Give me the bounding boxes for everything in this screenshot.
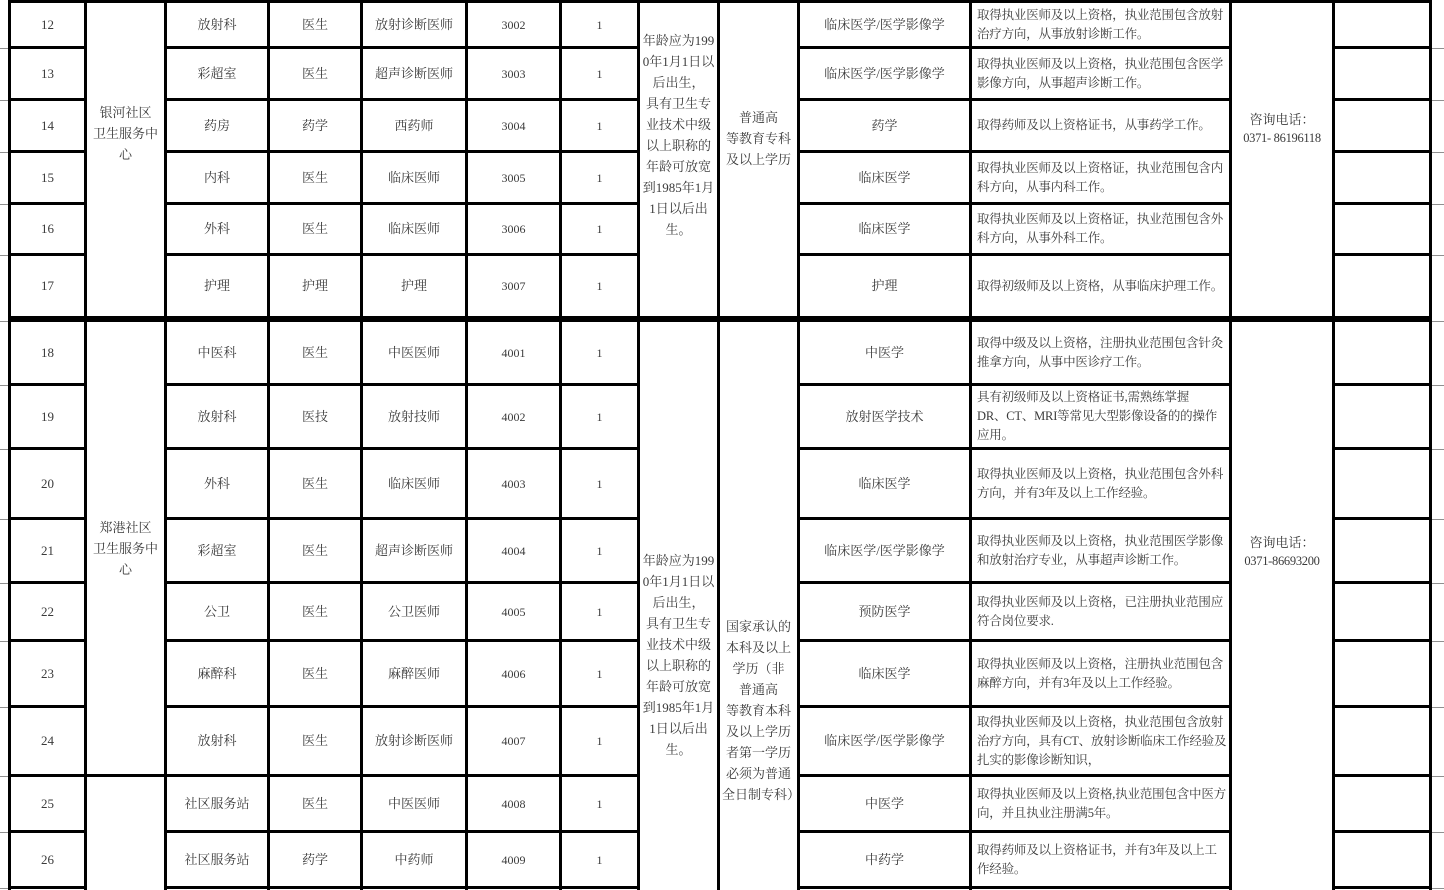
major-cell: 中医学 <box>800 322 972 386</box>
code-cell: 3003 <box>468 49 562 101</box>
gridline-stub-right <box>1432 450 1444 520</box>
phone-cell: 咨询电话： 0371-86693200 <box>1232 322 1335 890</box>
gridline-stub-left <box>0 49 8 101</box>
department-cell: 药房 <box>167 101 270 153</box>
count-cell: 1 <box>562 708 640 777</box>
count-cell: 1 <box>562 153 640 205</box>
department-cell: 社区服务站 <box>167 777 270 833</box>
count-cell: 1 <box>562 450 640 520</box>
gridline-stub-left <box>0 833 8 889</box>
category-cell: 医生 <box>270 0 363 49</box>
blank-cell <box>1335 708 1432 777</box>
code-cell: 3006 <box>468 205 562 256</box>
count-cell: 1 <box>562 386 640 450</box>
gridline-stub-left <box>0 708 8 777</box>
row-number-cell: 14 <box>8 101 87 153</box>
row-number-cell: 13 <box>8 49 87 101</box>
gridline-stub-left <box>0 584 8 642</box>
blank-cell <box>1335 450 1432 520</box>
position-cell: 麻醉医师 <box>363 642 468 708</box>
department-cell: 中医科 <box>167 322 270 386</box>
blank-cell <box>1335 833 1432 889</box>
major-cell: 中药学 <box>800 833 972 889</box>
category-cell: 护理 <box>270 256 363 322</box>
gridline-stub-left <box>0 101 8 153</box>
blank-cell <box>1335 101 1432 153</box>
count-cell: 1 <box>562 777 640 833</box>
gridline-stub-right <box>1432 256 1444 322</box>
code-cell: 4008 <box>468 777 562 833</box>
phone-number: 0371-86693200 <box>1232 552 1332 571</box>
position-cell: 临床医师 <box>363 205 468 256</box>
gridline-stub-right <box>1432 833 1444 889</box>
count-cell: 1 <box>562 584 640 642</box>
department-cell: 外科 <box>167 450 270 520</box>
gridline-stub-right <box>1432 642 1444 708</box>
count-cell: 1 <box>562 205 640 256</box>
row-number-cell: 12 <box>8 0 87 49</box>
code-cell: 3007 <box>468 256 562 322</box>
qualification-cell: 取得药师及以上资格证书，并有3年及以上工作经验。 <box>972 833 1232 889</box>
table-row-18: 18 郑港社区 卫生服务中心 中医科 医生 中医医师 4001 1 年龄应为19… <box>0 322 1444 386</box>
blank-cell <box>1335 777 1432 833</box>
count-cell: 1 <box>562 322 640 386</box>
row-number-cell: 25 <box>8 777 87 833</box>
category-cell: 医生 <box>270 520 363 584</box>
department-cell: 彩超室 <box>167 49 270 101</box>
qualification-cell: 取得执业医师及以上资格，执业范围包含医学影像方向，从事超声诊断工作。 <box>972 49 1232 101</box>
row-number-cell: 21 <box>8 520 87 584</box>
gridline-stub-right <box>1432 101 1444 153</box>
phone-label: 咨询电话： <box>1232 533 1332 552</box>
recruitment-table: 12 银河社区 卫生服务中心 放射科 医生 放射诊断医师 3002 1 年龄应为… <box>0 0 1444 890</box>
department-cell: 放射科 <box>167 386 270 450</box>
gridline-stub-right <box>1432 0 1444 49</box>
position-cell: 中药师 <box>363 833 468 889</box>
gridline-stub-left <box>0 0 8 49</box>
category-cell: 医技 <box>270 386 363 450</box>
blank-cell <box>1335 642 1432 708</box>
major-cell: 放射医学技术 <box>800 386 972 450</box>
position-cell: 西药师 <box>363 101 468 153</box>
qualification-cell: 取得执业医师及以上资格，执业范围包含放射治疗方向，具有CT、放射诊断临床工作经验… <box>972 708 1232 777</box>
recruitment-table-sheet: 12 银河社区 卫生服务中心 放射科 医生 放射诊断医师 3002 1 年龄应为… <box>0 0 1444 890</box>
qualification-cell: 取得执业医师及以上资格,执业范围包含中医方向，并且执业注册满5年。 <box>972 777 1232 833</box>
blank-cell <box>1335 205 1432 256</box>
position-cell: 护理 <box>363 256 468 322</box>
age-requirement-cell: 年龄应为1990年1月1日以后出生， 具有卫生专业技术中级以上职称的年龄可放宽到… <box>640 0 720 322</box>
code-cell: 4007 <box>468 708 562 777</box>
qualification-cell: 取得药师及以上资格证书，从事药学工作。 <box>972 101 1232 153</box>
gridline-stub-right <box>1432 708 1444 777</box>
education-cell: 普通高 等教育专科及以上学历 <box>720 0 800 322</box>
gridline-stub-left <box>0 450 8 520</box>
blank-cell <box>1335 49 1432 101</box>
department-cell: 公卫 <box>167 584 270 642</box>
department-cell: 外科 <box>167 205 270 256</box>
department-cell: 内科 <box>167 153 270 205</box>
position-cell: 放射诊断医师 <box>363 0 468 49</box>
category-cell: 医生 <box>270 153 363 205</box>
major-cell: 预防医学 <box>800 584 972 642</box>
phone-label: 咨询电话： <box>1232 110 1332 129</box>
category-cell: 医生 <box>270 708 363 777</box>
row-number-cell: 22 <box>8 584 87 642</box>
qualification-cell: 取得执业医师及以上资格，执业范围医学影像和放射治疗专业，从事超声诊断工作。 <box>972 520 1232 584</box>
department-cell: 社区服务站 <box>167 833 270 889</box>
position-cell: 放射技师 <box>363 386 468 450</box>
blank-cell <box>1335 386 1432 450</box>
row-number-cell: 23 <box>8 642 87 708</box>
gridline-stub-left <box>0 642 8 708</box>
qualification-cell: 取得执业医师及以上资格，注册执业范围包含麻醉方向，并有3年及以上工作经验。 <box>972 642 1232 708</box>
row-number-cell: 26 <box>8 833 87 889</box>
department-cell: 护理 <box>167 256 270 322</box>
category-cell: 医生 <box>270 205 363 256</box>
qualification-cell: 取得中级及以上资格，注册执业范围包含针灸推拿方向，从事中医诊疗工作。 <box>972 322 1232 386</box>
qualification-cell: 取得执业医师及以上资格，执业范围包含放射治疗方向，从事放射诊断工作。 <box>972 0 1232 49</box>
code-cell: 4006 <box>468 642 562 708</box>
department-cell: 彩超室 <box>167 520 270 584</box>
qualification-cell: 取得执业医师及以上资格证，执业范围包含外科方向，从事外科工作。 <box>972 205 1232 256</box>
code-cell: 3002 <box>468 0 562 49</box>
row-number-cell: 16 <box>8 205 87 256</box>
row-number-cell: 15 <box>8 153 87 205</box>
gridline-stub-right <box>1432 520 1444 584</box>
major-cell: 临床医学/医学影像学 <box>800 49 972 101</box>
row-number-cell: 20 <box>8 450 87 520</box>
gridline-stub-right <box>1432 153 1444 205</box>
blank-cell <box>1335 322 1432 386</box>
major-cell: 临床医学 <box>800 153 972 205</box>
code-cell: 4004 <box>468 520 562 584</box>
code-cell: 3005 <box>468 153 562 205</box>
position-cell: 超声诊断医师 <box>363 49 468 101</box>
qualification-cell: 具有初级师及以上资格证书,需熟练掌握 DR、CT、MRI等常见大型影像设备的的操… <box>972 386 1232 450</box>
gridline-stub-right <box>1432 49 1444 101</box>
blank-cell <box>1335 0 1432 49</box>
position-cell: 中医医师 <box>363 322 468 386</box>
code-cell: 4002 <box>468 386 562 450</box>
department-cell: 麻醉科 <box>167 642 270 708</box>
row-number-cell: 17 <box>8 256 87 322</box>
major-cell: 临床医学/医学影像学 <box>800 708 972 777</box>
blank-cell <box>1335 256 1432 322</box>
major-cell: 临床医学/医学影像学 <box>800 0 972 49</box>
gridline-stub-right <box>1432 584 1444 642</box>
category-cell: 医生 <box>270 450 363 520</box>
count-cell: 1 <box>562 101 640 153</box>
major-cell: 中医学 <box>800 777 972 833</box>
code-cell: 4009 <box>468 833 562 889</box>
code-cell: 4001 <box>468 322 562 386</box>
count-cell: 1 <box>562 0 640 49</box>
qualification-cell: 取得初级师及以上资格，从事临床护理工作。 <box>972 256 1232 322</box>
code-cell: 4003 <box>468 450 562 520</box>
department-cell: 放射科 <box>167 708 270 777</box>
gridline-stub-left <box>0 520 8 584</box>
major-cell: 临床医学 <box>800 450 972 520</box>
row-number-cell: 18 <box>8 322 87 386</box>
code-cell: 4005 <box>468 584 562 642</box>
category-cell: 医生 <box>270 49 363 101</box>
qualification-cell: 取得执业医师及以上资格证，执业范围包含内科方向，从事内科工作。 <box>972 153 1232 205</box>
blank-cell <box>1335 153 1432 205</box>
blank-cell <box>1335 584 1432 642</box>
count-cell: 1 <box>562 520 640 584</box>
position-cell: 临床医师 <box>363 450 468 520</box>
count-cell: 1 <box>562 49 640 101</box>
gridline-stub-left <box>0 322 8 386</box>
phone-number: 0371- 86196118 <box>1232 129 1332 148</box>
phone-cell: 咨询电话： 0371- 86196118 <box>1232 0 1335 322</box>
position-cell: 超声诊断医师 <box>363 520 468 584</box>
organization-cell: 银河社区 卫生服务中心 <box>87 0 167 322</box>
organization-cell <box>87 777 167 890</box>
position-cell: 公卫医师 <box>363 584 468 642</box>
code-cell: 3004 <box>468 101 562 153</box>
education-cell: 国家承认的本科及以上学历（非 普通高 等教育本科及以上学历者第一学历必须为普通全… <box>720 322 800 890</box>
gridline-stub-right <box>1432 777 1444 833</box>
gridline-stub-right <box>1432 386 1444 450</box>
major-cell: 药学 <box>800 101 972 153</box>
count-cell: 1 <box>562 833 640 889</box>
qualification-cell: 取得执业医师及以上资格，已注册执业范围应符合岗位要求. <box>972 584 1232 642</box>
gridline-stub-left <box>0 205 8 256</box>
blank-cell <box>1335 520 1432 584</box>
count-cell: 1 <box>562 642 640 708</box>
category-cell: 医生 <box>270 777 363 833</box>
category-cell: 医生 <box>270 642 363 708</box>
major-cell: 临床医学/医学影像学 <box>800 520 972 584</box>
department-cell: 放射科 <box>167 0 270 49</box>
count-cell: 1 <box>562 256 640 322</box>
row-number-cell: 19 <box>8 386 87 450</box>
gridline-stub-left <box>0 153 8 205</box>
category-cell: 药学 <box>270 101 363 153</box>
organization-cell: 郑港社区 卫生服务中心 <box>87 322 167 777</box>
table-row-12: 12 银河社区 卫生服务中心 放射科 医生 放射诊断医师 3002 1 年龄应为… <box>0 0 1444 49</box>
gridline-stub-right <box>1432 322 1444 386</box>
gridline-stub-left <box>0 777 8 833</box>
position-cell: 放射诊断医师 <box>363 708 468 777</box>
major-cell: 护理 <box>800 256 972 322</box>
gridline-stub-left <box>0 386 8 450</box>
position-cell: 中医医师 <box>363 777 468 833</box>
position-cell: 临床医师 <box>363 153 468 205</box>
gridline-stub-left <box>0 256 8 322</box>
category-cell: 医生 <box>270 322 363 386</box>
category-cell: 医生 <box>270 584 363 642</box>
category-cell: 药学 <box>270 833 363 889</box>
age-requirement-cell: 年龄应为1990年1月1日以后出生， 具有卫生专业技术中级以上职称的年龄可放宽到… <box>640 322 720 890</box>
row-number-cell: 24 <box>8 708 87 777</box>
major-cell: 临床医学 <box>800 205 972 256</box>
gridline-stub-right <box>1432 205 1444 256</box>
major-cell: 临床医学 <box>800 642 972 708</box>
qualification-cell: 取得执业医师及以上资格，执业范围包含外科方向，并有3年及以上工作经验。 <box>972 450 1232 520</box>
